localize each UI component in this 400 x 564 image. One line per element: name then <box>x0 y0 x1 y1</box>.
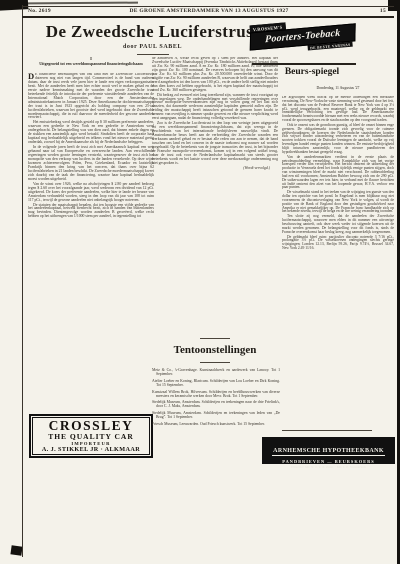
rossem-ad: V.ROSSEM'S Poorters-Toeback DE BESTE VAR… <box>249 17 356 64</box>
paragraph: De statuten der maatschappij bepalen, da… <box>28 204 154 220</box>
exhibition-entry: Atelier Loeber en Koning, Blaricum. Schi… <box>152 379 280 387</box>
arnhemsche-product: PANDBRIEVEN — BEURSKOERS <box>262 459 395 464</box>
exhibition-entry: Stedelijk Museum, Amsterdam. Schilderije… <box>152 411 280 419</box>
crossley-brand: CROSSLEY <box>33 419 149 433</box>
section-divider <box>200 338 230 339</box>
exhibition-entry: Stedelijk Museum, Amsterdam. Schilderije… <box>152 400 280 408</box>
article-column-1: DE financieele betrekkingen van ons land… <box>28 73 154 404</box>
scan-top-edge-artifact <box>28 2 138 5</box>
paragraph: DE financieele betrekkingen van ons land… <box>28 73 154 120</box>
byline-divider <box>137 54 169 55</box>
crossley-ad: CROSSLEY THE QUALITY CAR IMPORTEUR A. J.… <box>29 414 153 458</box>
paragraph: De wisselmarkt stond in het teeken van d… <box>282 191 394 214</box>
paragraph: De geldmarkt bleef ruim: particulier dis… <box>282 236 394 251</box>
heading-divider <box>200 362 230 363</box>
article-column-2: de aandeelen A, welke recht geven op 1 s… <box>152 57 278 325</box>
newspaper-page: No. 2619 DE GROENE AMSTERDAMMER VAN 13 A… <box>0 0 400 564</box>
paragraph: In de volgende jaren heeft de trust zich… <box>28 146 154 182</box>
paragraph: Ten slotte zij nog vermeld, dat de aande… <box>282 215 394 234</box>
exhibition-list: Metz & Co., 's-Gravenhage. Kunstnaaldwer… <box>152 368 280 429</box>
paragraph: Zoo is de Zweedsche Luciferstrust in den… <box>152 122 278 165</box>
paragraph: Dit bedrag zal evenwel niet lang toereik… <box>152 94 278 122</box>
crossley-ad-frame: CROSSLEY THE QUALITY CAR IMPORTEUR A. J.… <box>32 417 150 455</box>
paragraph: Ook te onzent was de grondtoon gunstig, … <box>282 124 394 155</box>
exhibition-entry: Friesch Museum, Leeuwarden. Oud Friesch … <box>152 422 280 426</box>
page-number: 15 <box>380 8 386 14</box>
crossley-slogan: THE QUALITY CAR <box>33 433 149 441</box>
beurs-column: De afgeloopen week bracht op de meeste a… <box>282 96 394 426</box>
scan-bottom-left-mark <box>10 545 22 555</box>
paragraph: Van de winst over 1926, welke na afschri… <box>28 183 154 203</box>
arnhemsche-ad: ARNHEMSCHE HYPOTHEEKBANK PANDBRIEVEN — B… <box>262 437 395 464</box>
tentoonstellingen-heading: Tentoonstellingen <box>148 344 282 356</box>
arnhemsche-directors: Directie: Mr. S. J. v. d. Zuist · Mr. J.… <box>262 465 395 469</box>
article-subheading: Uitgegroeid tot een wereldomspannend fin… <box>28 62 154 66</box>
beurs-heading: Beurs-spiegel <box>252 67 372 77</box>
beurs-end-rule <box>282 430 372 431</box>
exhibition-entry: Kunstzaal Willem Brok, Hilversum. Schild… <box>152 390 280 398</box>
article-title: De Zweedsche Luciferstrust <box>30 22 275 42</box>
paragraph: Het emissiebedrag werd destijds gesteld … <box>28 121 154 145</box>
crossley-dealer: A. J. STIKKEL JR · ALKMAAR <box>33 446 149 453</box>
continuation-note: (Wordt vervolgd.) <box>152 167 278 171</box>
arnhemsche-bank-name: ARNHEMSCHE HYPOTHEEKBANK <box>272 448 385 456</box>
beurs-rule <box>252 63 356 65</box>
paragraph: De afgeloopen week bracht op de meeste a… <box>282 96 394 123</box>
article-byline: door PAUL SABEL <box>30 44 275 50</box>
page-border-rule <box>22 5 23 557</box>
masthead: No. 2619 DE GROENE AMSTERDAMMER VAN 13 A… <box>26 7 392 16</box>
exhibition-entry: Metz & Co., 's-Gravenhage. Kunstnaaldwer… <box>152 368 280 376</box>
beurs-dateline: Donderdag, 11 Augustus '27 <box>282 86 394 90</box>
paragraph: Van de aandeelenmarkten verdient in de e… <box>282 156 394 191</box>
masthead-title: DE GROENE AMSTERDAMMER VAN 13 AUGUSTUS 1… <box>26 8 392 14</box>
